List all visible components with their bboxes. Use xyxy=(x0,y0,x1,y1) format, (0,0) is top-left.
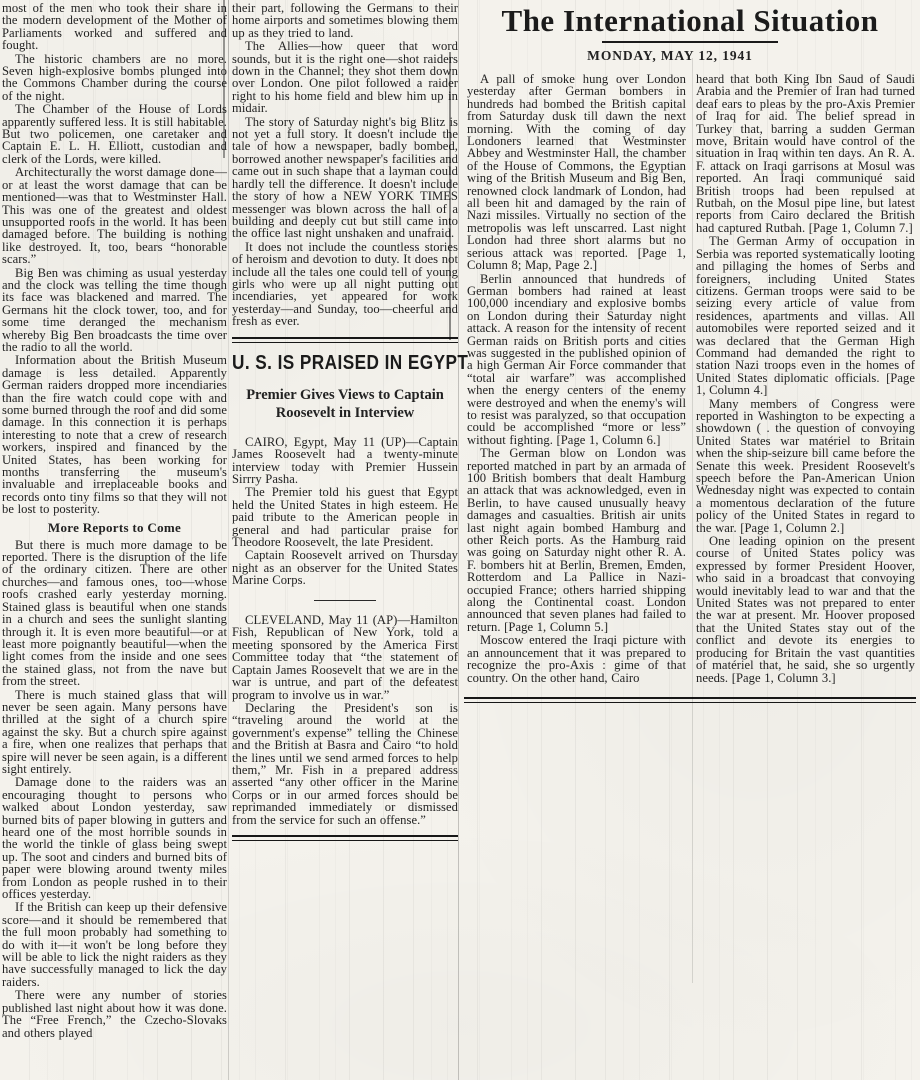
paragraph: Berlin announced that hundreds of German… xyxy=(467,273,686,447)
column-rule-2 xyxy=(458,0,459,1080)
double-rule xyxy=(232,835,458,841)
column-1: most of the men who took their share in … xyxy=(2,2,227,1040)
column-2: their part, following the Germans to the… xyxy=(232,2,458,1040)
article-headline: U. S. IS PRAISED IN EGYPT xyxy=(232,352,458,375)
international-situation-section: The International Situation MONDAY, MAY … xyxy=(462,0,918,703)
paragraph: The German blow on London was reported m… xyxy=(467,447,686,633)
article-headline-text: U. S. IS PRAISED IN EGYPT xyxy=(232,352,468,375)
paragraph: their part, following the Germans to the… xyxy=(232,2,458,39)
column-subhead: More Reports to Come xyxy=(2,520,227,536)
column-rule-3 xyxy=(692,58,693,983)
right-columns: A pall of smoke hung over London yesterd… xyxy=(462,73,918,685)
paragraph: CAIRO, Egypt, May 11 (UP)—Captain James … xyxy=(232,436,458,486)
separator-rule xyxy=(314,600,376,601)
paragraph: The Allies—how queer that word sounds, b… xyxy=(232,40,458,114)
section-bottom-rule xyxy=(464,697,916,703)
paragraph: There is much stained glass that will ne… xyxy=(2,689,227,776)
newspaper-page: most of the men who took their share in … xyxy=(0,0,920,1080)
paragraph: The Chamber of the House of Lords appare… xyxy=(2,103,227,165)
double-rule xyxy=(232,337,458,343)
paragraph: There were any number of stories publish… xyxy=(2,989,227,1039)
left-columns: most of the men who took their share in … xyxy=(2,2,458,1040)
paragraph: heard that both King Ibn Saud of Saudi A… xyxy=(696,73,915,234)
column-3: A pall of smoke hung over London yesterd… xyxy=(467,73,686,685)
paragraph: A pall of smoke hung over London yesterd… xyxy=(467,73,686,272)
scan-line-artifact xyxy=(449,52,451,340)
paragraph: CLEVELAND, May 11 (AP)—Hamilton Fish, Re… xyxy=(232,614,458,701)
paragraph: Big Ben was chiming as usual yesterday a… xyxy=(2,267,227,354)
column-rule-1 xyxy=(228,0,229,1080)
headline-underline-rule xyxy=(602,41,778,43)
paragraph: Damage done to the raiders was an encour… xyxy=(2,776,227,900)
paragraph: Information about the British Museum dam… xyxy=(2,354,227,515)
section-dateline: MONDAY, MAY 12, 1941 xyxy=(462,48,878,64)
paragraph: Architecturally the worst damage done—or… xyxy=(2,166,227,265)
paragraph: Declaring the President's son is “travel… xyxy=(232,702,458,826)
paragraph: most of the men who took their share in … xyxy=(2,2,227,52)
paragraph: The German Army of occupation in Serbia … xyxy=(696,235,915,396)
paragraph: It does not include the countless storie… xyxy=(232,241,458,328)
paragraph: If the British can keep up their defensi… xyxy=(2,901,227,988)
paragraph: The Premier told his guest that Egypt he… xyxy=(232,486,458,548)
paragraph: Moscow entered the Iraqi picture with an… xyxy=(467,634,686,684)
paragraph: The historic chambers are no more. Seven… xyxy=(2,53,227,103)
section-headline: The International Situation xyxy=(462,3,918,39)
scan-line-artifact xyxy=(223,0,225,158)
paragraph: The story of Saturday night's big Blitz … xyxy=(232,116,458,240)
article-deck: Premier Gives Views to Captain Roosevelt… xyxy=(234,386,456,422)
column-4: heard that both King Ibn Saud of Saudi A… xyxy=(696,73,915,685)
paragraph: But there is much more damage to be repo… xyxy=(2,539,227,688)
paragraph: One leading opinion on the present cours… xyxy=(696,535,915,684)
paragraph: Many members of Congress were reported i… xyxy=(696,398,915,534)
paragraph: Captain Roosevelt arrived on Thursday ni… xyxy=(232,549,458,586)
